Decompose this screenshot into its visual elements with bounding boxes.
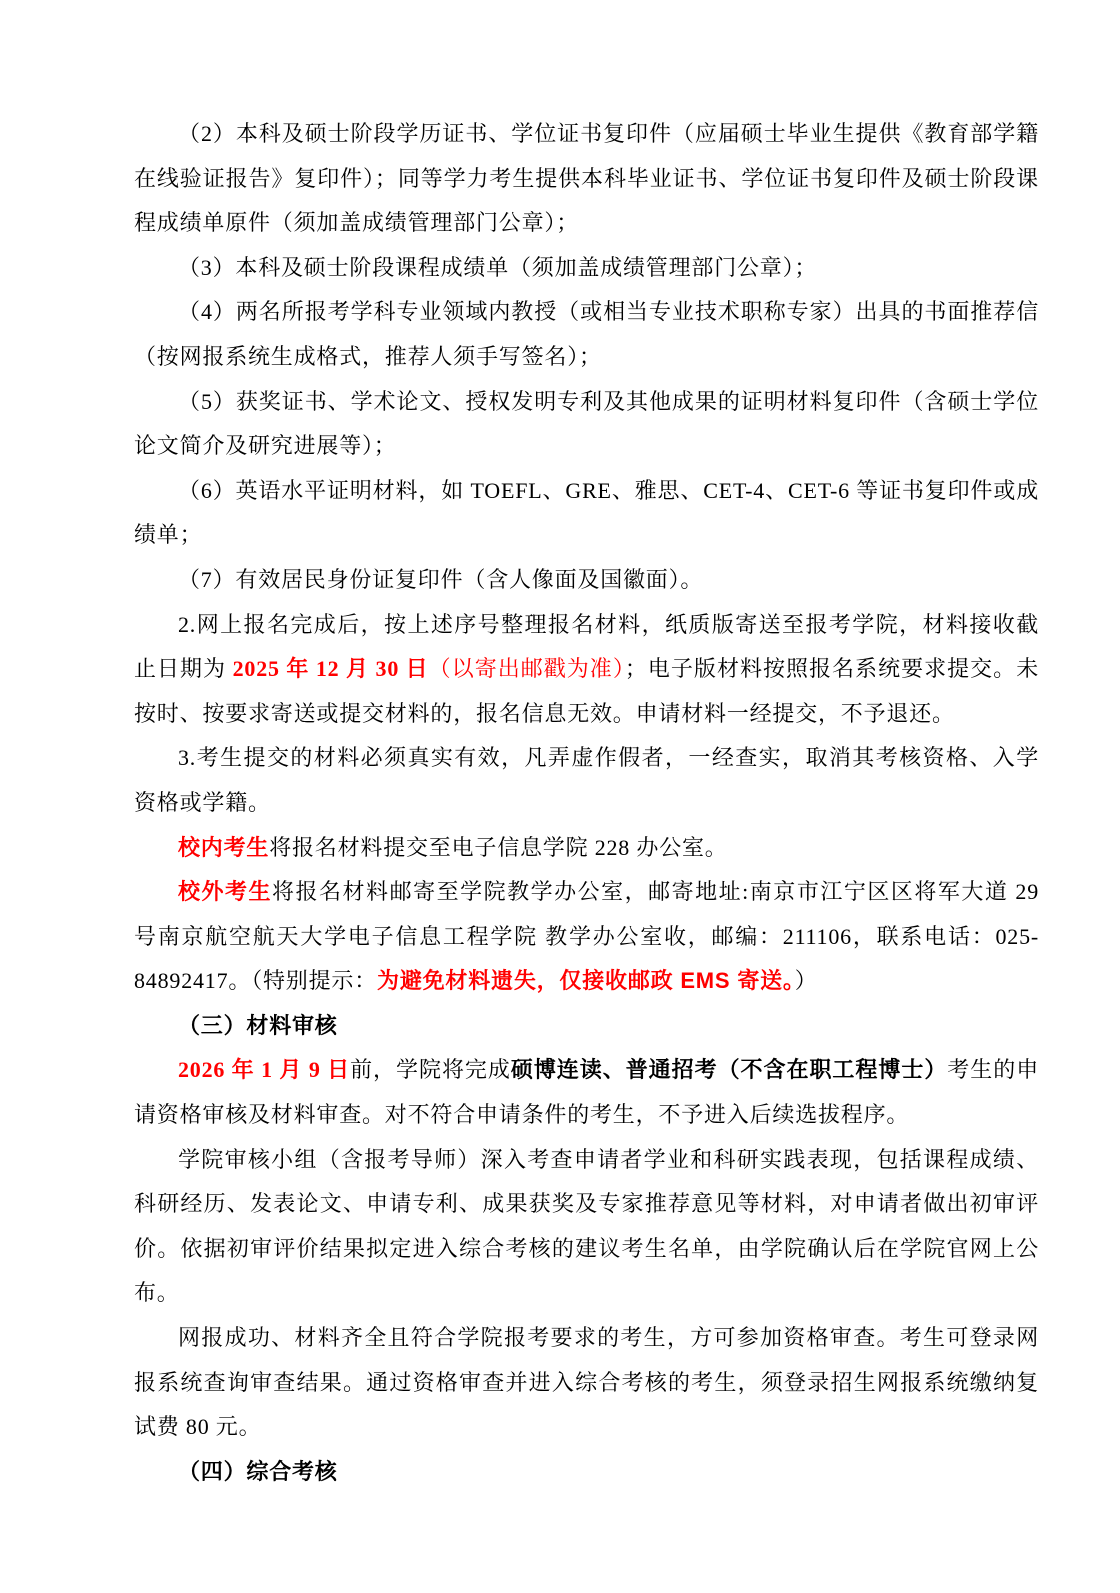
para-review-committee: 学院审核小组（含报考导师）深入考查申请者学业和科研实践表现，包括课程成绩、科研经…: [134, 1138, 1039, 1316]
text-run: 3.考生提交的材料必须真实有效，凡弄虚作假者，一经查实，取消其考核资格、入学资格…: [134, 745, 1039, 815]
text-run: （5）获奖证书、学术论文、授权发明专利及其他成果的证明材料复印件（含硕士学位论文…: [134, 389, 1039, 459]
para-3-authenticity-requirement: 3.考生提交的材料必须真实有效，凡弄虚作假者，一经查实，取消其考核资格、入学资格…: [134, 736, 1039, 825]
text-run: 校外考生: [178, 879, 272, 904]
para-2-material-mailing-deadline: 2.网上报名完成后，按上述序号整理报名材料，纸质版寄送至报考学院，材料接收截止日…: [134, 603, 1039, 737]
text-run: （三）材料审核: [178, 1013, 338, 1038]
text-run: 学院审核小组（含报考导师）深入考查申请者学业和科研实践表现，包括课程成绩、科研经…: [134, 1147, 1039, 1306]
text-run: （7）有效居民身份证复印件（含人像面及国徽面）。: [178, 567, 703, 592]
para-qualification-check-fee: 网报成功、材料齐全且符合学院报考要求的考生，方可参加资格审查。考生可登录网报系统…: [134, 1316, 1039, 1450]
text-run: ）: [795, 968, 818, 993]
text-run: 为避免材料遗失，仅接收邮政 EMS 寄送。: [377, 968, 795, 993]
text-run: 2025 年 12 月 30 日: [233, 656, 429, 681]
list-item-2-degree-certificates: （2）本科及硕士阶段学历证书、学位证书复印件（应届硕士毕业生提供《教育部学籍在线…: [134, 112, 1039, 246]
document-page: （2）本科及硕士阶段学历证书、学位证书复印件（应届硕士毕业生提供《教育部学籍在线…: [0, 0, 1120, 1593]
text-run: （6）英语水平证明材料，如 TOEFL、GRE、雅思、CET-4、CET-6 等…: [134, 478, 1039, 548]
list-item-7-id-card: （7）有效居民身份证复印件（含人像面及国徽面）。: [134, 558, 1039, 603]
heading-section-4-comprehensive-assessment: （四）综合考核: [134, 1450, 1039, 1495]
text-run: （4）两名所报考学科专业领域内教授（或相当专业技术职称专家）出具的书面推荐信（按…: [134, 299, 1039, 369]
text-run: 网报成功、材料齐全且符合学院报考要求的考生，方可参加资格审查。考生可登录网报系统…: [134, 1325, 1039, 1439]
text-run: 硕博连读、普通招考（不含在职工程博士）: [511, 1057, 947, 1082]
heading-section-3-material-review: （三）材料审核: [134, 1004, 1039, 1049]
text-run: 前，学院将完成: [350, 1057, 511, 1082]
text-run: （3）本科及硕士阶段课程成绩单（须加盖成绩管理部门公章）；: [178, 255, 817, 280]
list-item-5-achievement-materials: （5）获奖证书、学术论文、授权发明专利及其他成果的证明材料复印件（含硕士学位论文…: [134, 380, 1039, 469]
text-run: （2）本科及硕士阶段学历证书、学位证书复印件（应届硕士毕业生提供《教育部学籍在线…: [134, 121, 1039, 235]
text-run: 校内考生: [178, 835, 269, 860]
para-internal-candidates: 校内考生将报名材料提交至电子信息学院 228 办公室。: [134, 826, 1039, 871]
list-item-3-transcripts: （3）本科及硕士阶段课程成绩单（须加盖成绩管理部门公章）；: [134, 246, 1039, 291]
para-external-candidates: 校外考生将报名材料邮寄至学院教学办公室，邮寄地址:南京市江宁区区将军大道 29 …: [134, 870, 1039, 1004]
list-item-4-recommendation-letters: （4）两名所报考学科专业领域内教授（或相当专业技术职称专家）出具的书面推荐信（按…: [134, 290, 1039, 379]
text-run: 2026 年 1 月 9 日: [178, 1057, 350, 1082]
text-run: 将报名材料提交至电子信息学院 228 办公室。: [269, 835, 727, 860]
text-run: （以寄出邮戳为准）: [429, 656, 625, 681]
list-item-6-english-proficiency: （6）英语水平证明材料，如 TOEFL、GRE、雅思、CET-4、CET-6 等…: [134, 469, 1039, 558]
text-run: （四）综合考核: [178, 1459, 338, 1484]
document-body: （2）本科及硕士阶段学历证书、学位证书复印件（应届硕士毕业生提供《教育部学籍在线…: [134, 112, 1039, 1494]
para-review-deadline: 2026 年 1 月 9 日前，学院将完成硕博连读、普通招考（不含在职工程博士）…: [134, 1048, 1039, 1137]
